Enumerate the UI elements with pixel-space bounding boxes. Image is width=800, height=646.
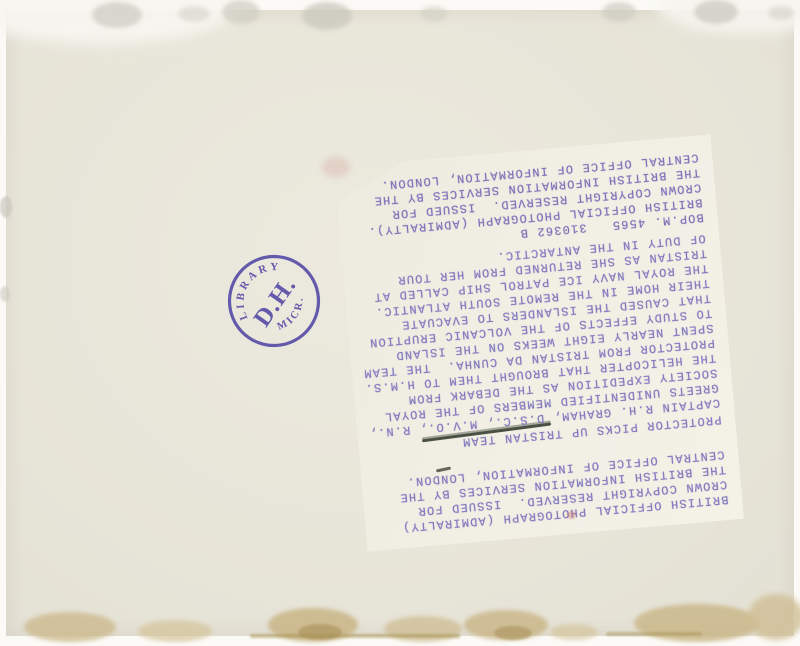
stain-streak xyxy=(606,632,702,636)
torn-edge-highlight xyxy=(656,0,800,34)
stamp-svg: LIBRARY D.H. MICR. xyxy=(204,231,343,370)
caption-slip: BRITISH OFFICIAL PHOTOGRAPH (ADMIRALTY) … xyxy=(334,134,744,551)
stain-streak xyxy=(250,634,460,638)
photo-back-scene: LIBRARY D.H. MICR. BRITISH OFFICIAL PHOT… xyxy=(0,0,800,646)
edge-blotch xyxy=(420,6,448,22)
stain-blotch xyxy=(268,608,358,642)
stain-blotch-core xyxy=(494,626,532,640)
stain-blotch xyxy=(464,610,548,640)
edge-blotch xyxy=(222,0,260,24)
stain-blotch xyxy=(748,594,800,640)
edge-blotch xyxy=(0,196,12,218)
photo-back-paper: LIBRARY D.H. MICR. BRITISH OFFICIAL PHOT… xyxy=(6,10,794,636)
edge-blotch xyxy=(768,6,794,20)
edge-blotch xyxy=(92,2,142,28)
stain-blotch-core xyxy=(298,624,342,640)
typed-caption-block: CAPTAIN R.H. GRAHAM, D.S.C., M.V.O., R.N… xyxy=(348,230,720,441)
torn-edge-highlight xyxy=(0,0,236,44)
stain-blotch xyxy=(384,616,462,642)
stain-blotch xyxy=(550,624,598,640)
edge-blotch xyxy=(602,2,636,22)
typed-header-block: BRITISH OFFICIAL PHOTOGRAPH (ADMIRALTY) … xyxy=(367,446,729,537)
stain-blotch xyxy=(634,604,760,642)
edge-blotch xyxy=(302,2,352,30)
edge-blotch xyxy=(694,0,738,24)
red-speck xyxy=(567,511,576,519)
pink-smudge xyxy=(322,157,350,177)
stain-blotch xyxy=(138,620,212,642)
stain-blotch xyxy=(24,612,116,642)
edge-blotch xyxy=(178,6,210,22)
edge-blotch xyxy=(0,286,10,302)
library-stamp: LIBRARY D.H. MICR. xyxy=(204,231,343,370)
